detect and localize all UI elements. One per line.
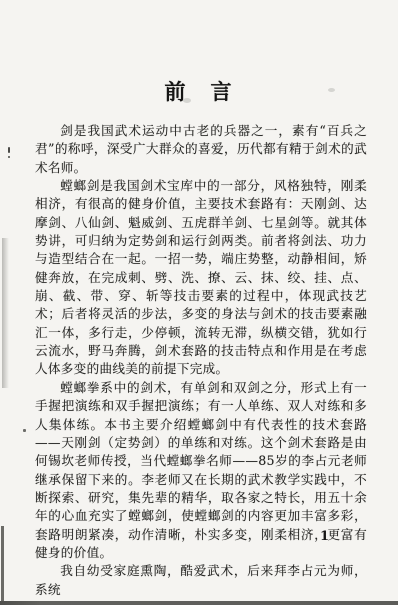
scan-shadow-left-edge <box>2 238 9 388</box>
page-body: 剑是我国武术运动中古老的兵器之一，素有“百兵之君”的称呼，深受广大群众的喜爱，历… <box>35 122 367 599</box>
scan-edge-bottom-line <box>0 601 398 605</box>
scan-edge-left-line <box>1 526 4 605</box>
scan-speckle <box>8 156 10 158</box>
scan-speckle <box>8 147 10 153</box>
paragraph-3: 螳螂拳系中的剑术，有单剑和双剑之分，形式上有一手握把演练和双手握把演练；有一人单… <box>35 379 367 562</box>
book-page: 前 言 剑是我国武术运动中古老的兵器之一，素有“百兵之君”的称呼，深受广大群众的… <box>0 0 398 605</box>
paragraph-1: 剑是我国武术运动中古老的兵器之一，素有“百兵之君”的称呼，深受广大群众的喜爱，历… <box>35 122 367 177</box>
scan-smudge <box>328 88 335 92</box>
page-title: 前 言 <box>0 0 398 106</box>
paragraph-2: 螳螂剑是我国剑术宝库中的一部分，风格独特，刚柔相济，有很高的健身价值，主要技术套… <box>35 177 367 379</box>
page-number: 1 <box>320 529 329 544</box>
scan-speckle <box>23 429 26 432</box>
paragraph-4: 我自幼受家庭熏陶，酷爱武术，后来拜李占元为师，系统 <box>35 562 367 599</box>
scan-smudge <box>183 98 191 103</box>
